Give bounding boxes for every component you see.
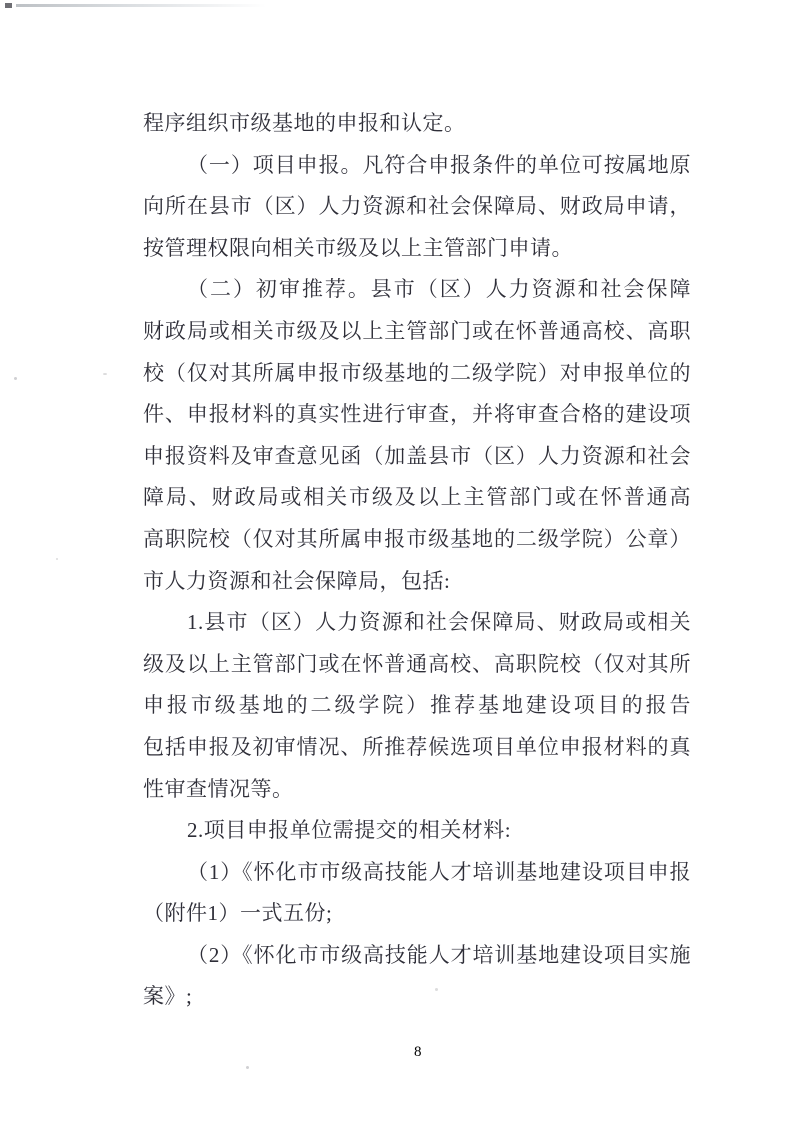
scan-speck [246,1066,249,1069]
scan-speck [14,377,17,380]
text-line: 案》; [143,976,691,1018]
scanned-document-page: 程序组织市级基地的申报和认定。（一）项目申报。凡符合申报条件的单位可按属地原则向… [0,0,793,1121]
text-line: 市人力资源和社会保障局，包括: [143,561,691,603]
text-line: 件、申报材料的真实性进行审查，并将审查合格的建设项目 [143,394,691,436]
text-line: 申报市级基地的二级学院）推荐基地建设项目的报告（函）， [143,685,691,727]
text-line: 程序组织市级基地的申报和认定。 [143,103,691,145]
scan-speck [103,373,107,375]
scan-speck [56,558,58,560]
text-line: （一）项目申报。凡符合申报条件的单位可按属地原则 [143,145,691,187]
text-line: （二）初审推荐。县市（区）人力资源和社会保障局、 [143,269,691,311]
text-line: 向所在县市（区）人力资源和社会保障局、财政局申请，或 [143,186,691,228]
scan-edge-artifact [16,4,266,7]
text-line: 申报资料及审查意见函（加盖县市（区）人力资源和社会保 [143,436,691,478]
text-line: 障局、财政局或相关市级及以上主管部门或在怀普通高校、 [143,477,691,519]
text-line: 按管理权限向相关市级及以上主管部门申请。 [143,228,691,270]
text-line: 级及以上主管部门或在怀普通高校、高职院校（仅对其所属 [143,644,691,686]
text-line: 校（仅对其所属申报市级基地的二级学院）对申报单位的条 [143,353,691,395]
text-line: 2.项目申报单位需提交的相关材料: [143,810,691,852]
document-body: 程序组织市级基地的申报和认定。（一）项目申报。凡符合申报条件的单位可按属地原则向… [143,103,691,1018]
text-line: 1.县市（区）人力资源和社会保障局、财政局或相关市 [143,602,691,644]
text-line: 包括申报及初审情况、所推荐候选项目单位申报材料的真实 [143,727,691,769]
text-line: 性审查情况等。 [143,769,691,811]
text-line: 财政局或相关市级及以上主管部门或在怀普通高校、高职院 [143,311,691,353]
scan-corner-artifact [5,3,12,8]
text-line: （附件1）一式五份; [143,893,691,935]
text-line: （2）《怀化市市级高技能人才培训基地建设项目实施方 [143,935,691,977]
text-line: （1）《怀化市市级高技能人才培训基地建设项目申报表》 [143,852,691,894]
text-line: 高职院校（仅对其所属申报市级基地的二级学院）公章）报 [143,519,691,561]
page-number: 8 [414,1042,422,1062]
